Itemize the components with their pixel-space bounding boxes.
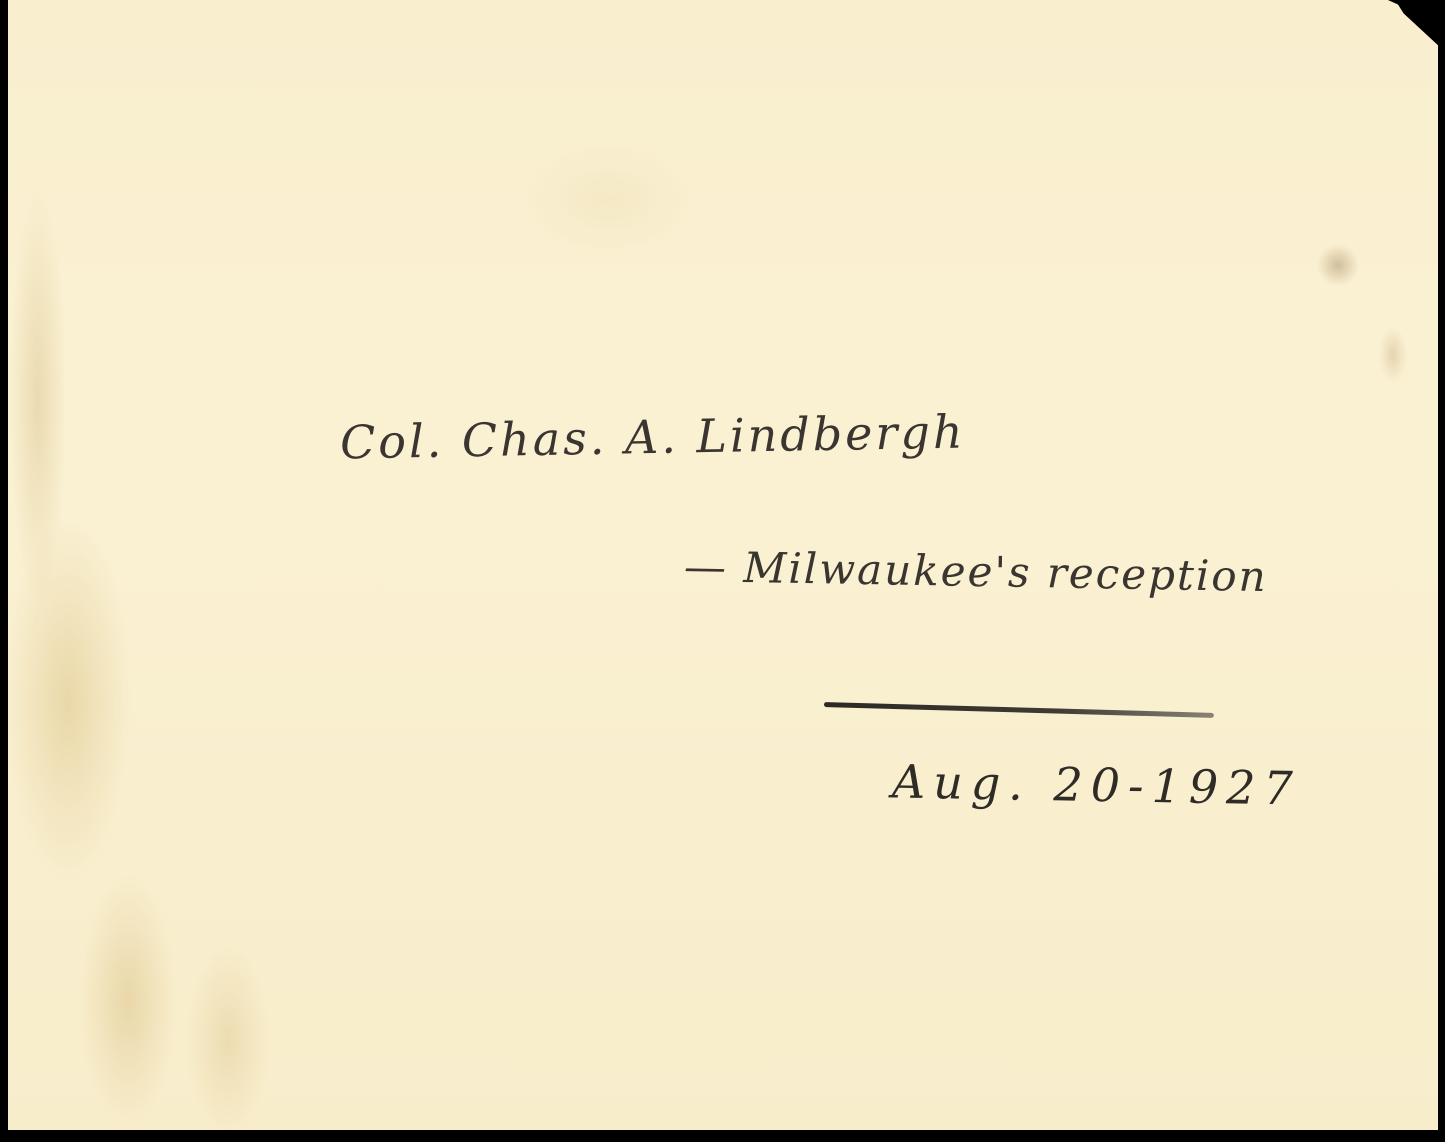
aged-paper-sheet: Col. Chas. A. Lindbergh — Milwaukee's re… bbox=[8, 0, 1438, 1130]
subject-annotation: Col. Chas. A. Lindbergh bbox=[340, 405, 966, 470]
date-annotation: Aug. 20-1927 bbox=[892, 754, 1302, 815]
scanned-document: Col. Chas. A. Lindbergh — Milwaukee's re… bbox=[0, 0, 1445, 1142]
handwritten-divider-line bbox=[824, 702, 1214, 718]
caption-annotation: — Milwaukee's reception bbox=[684, 542, 1268, 601]
